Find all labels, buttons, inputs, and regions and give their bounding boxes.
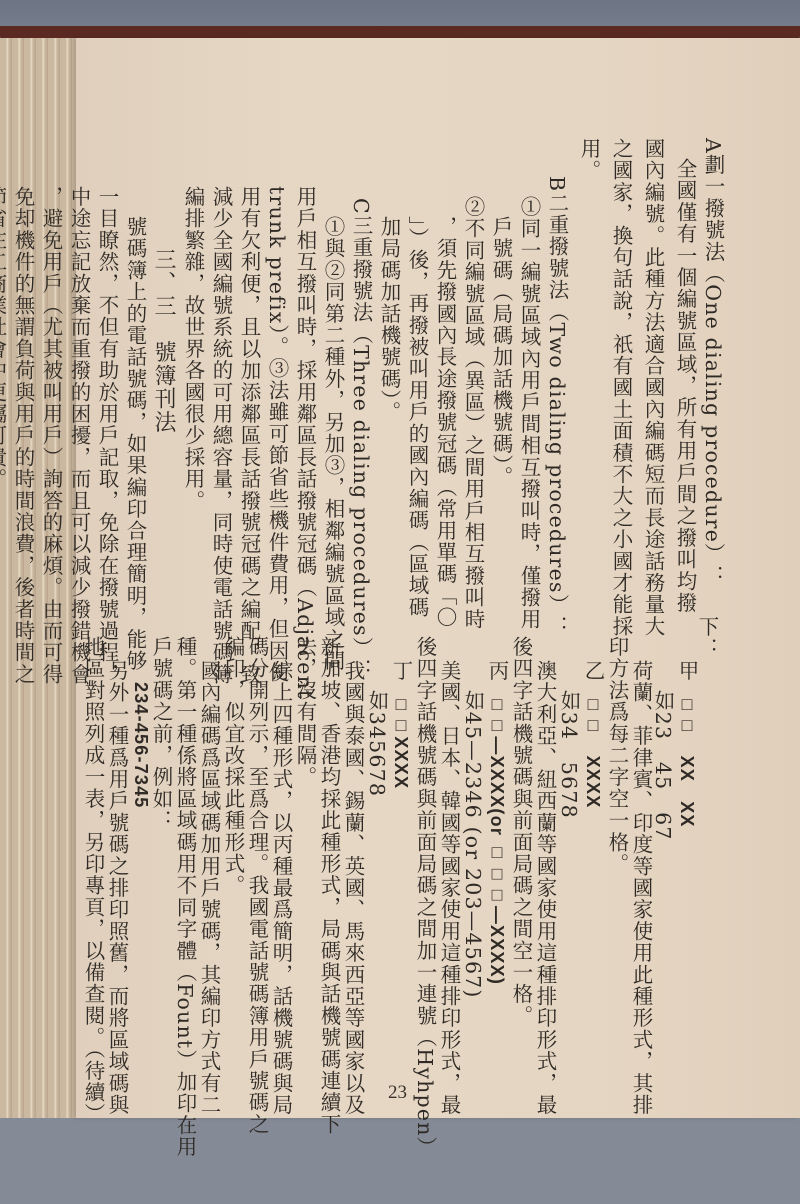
section-a-line-4: 用。: [572, 138, 606, 181]
table-surface: [0, 1118, 800, 1204]
form-yi-label: 乙: [576, 660, 610, 682]
page-number: 23: [388, 1082, 407, 1104]
section-c-line-6: 編排繁雜，故世界各國很少採用。: [176, 186, 210, 512]
lower-intro: 下：: [690, 616, 724, 659]
book-page: A劃一撥號法（One dialing procedure）： 全國僅有一個編號區…: [76, 38, 800, 1118]
form-bing-label: 丙: [480, 660, 514, 682]
closing-line-2: 地區對照列成一表，另印專頁，以備查閱。（待續）: [76, 636, 110, 1125]
section-a-line-2: 國內編號。此種方法適合國內編碼短而長途話務量大: [636, 138, 670, 637]
form-ding-label: 丁: [384, 660, 418, 682]
section-a-line-3: 之國家，換句話說，祇有國土面積不大之小國才能採: [604, 138, 638, 637]
section-3-line-6: 節省在工商業社會中更屬可貴。: [0, 186, 12, 490]
section-a-line-1: 全國僅有一個編號區域，所有用戶間之撥叫均撥: [668, 158, 702, 614]
form-jia-label: 甲: [670, 660, 704, 682]
